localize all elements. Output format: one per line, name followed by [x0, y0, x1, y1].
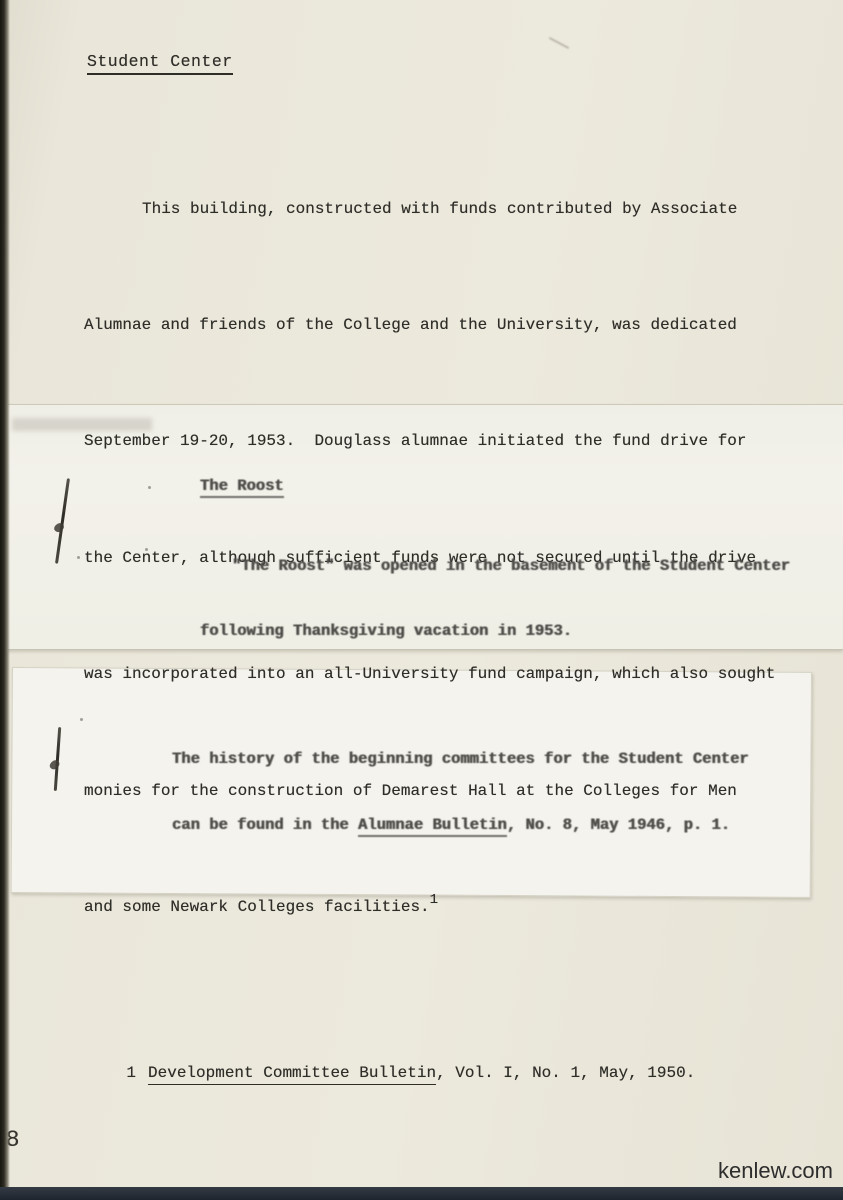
footnote-reference: 1: [430, 892, 438, 908]
paragraph-last-line: and some Newark Colleges facilities.1: [84, 888, 775, 927]
history-line: The history of the beginning committees …: [172, 748, 749, 770]
footnote: 1Development Committee Bulletin, Vol. I,…: [88, 1046, 695, 1100]
paragraph-line: Alumnae and friends of the College and t…: [84, 306, 775, 345]
footnote-marker: 1: [126, 1064, 148, 1082]
roost-line: "The Roost" was opened in the basement o…: [200, 556, 790, 578]
history-line: can be found in the Alumnae Bulletin, No…: [172, 814, 749, 836]
paragraph-line-text: and some Newark Colleges facilities.: [84, 898, 430, 916]
paragraph-line: This building, constructed with funds co…: [84, 190, 775, 229]
roost-heading: The Roost: [200, 477, 284, 498]
history-note: The history of the beginning committees …: [172, 704, 749, 880]
paragraph-line: September 19-20, 1953. Douglass alumnae …: [84, 422, 775, 461]
scan-left-edge: [0, 0, 10, 1200]
scan-bottom-edge: [0, 1187, 843, 1200]
bulletin-title-underlined: Alumnae Bulletin: [358, 816, 507, 837]
history-line-suffix: , No. 8, May 1946, p. 1.: [507, 816, 730, 834]
roost-line: following Thanksgiving vacation in 1953.: [200, 621, 790, 643]
roost-paragraph: "The Roost" was opened in the basement o…: [200, 513, 790, 685]
page-title: Student Center: [87, 52, 233, 75]
footnote-rest: , Vol. I, No. 1, May, 1950.: [436, 1064, 695, 1082]
scanned-document-page: Student Center This building, constructe…: [0, 0, 843, 1200]
ink-speck: [80, 718, 83, 721]
watermark: kenlew.com: [718, 1158, 833, 1184]
footnote-title-underlined: Development Committee Bulletin: [148, 1064, 436, 1085]
ink-speck: [77, 556, 80, 559]
history-line-prefix: can be found in the: [172, 816, 358, 834]
scratch-mark: [549, 37, 569, 49]
